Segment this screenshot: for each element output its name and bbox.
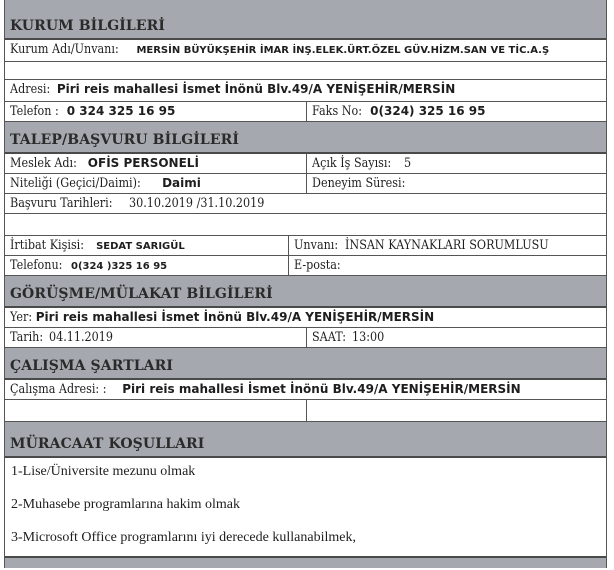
field-label: Açık İş Sayısı: xyxy=(312,154,391,173)
field-label: Faks No: xyxy=(312,102,362,121)
faks-value: 0(324) 325 16 95 xyxy=(370,104,485,118)
field-label: Kurum Adı/Unvanı: xyxy=(10,40,119,59)
section-header-gorusme: GÖRÜŞME/MÜLAKAT BİLGİLERİ xyxy=(5,276,606,308)
empty-split-row xyxy=(5,400,606,422)
telefon-value: 0 324 325 16 95 xyxy=(67,104,176,118)
field-label: Niteliği (Geçici/Daimi): xyxy=(10,174,141,193)
yer-row: Yer: Piri reis mahallesi İsmet İnönü Blv… xyxy=(5,308,606,328)
field-label: Telefon : xyxy=(10,102,59,121)
section-header-talep: TALEP/BAŞVURU BİLGİLERİ xyxy=(5,122,606,154)
niteligi-row: Niteliği (Geçici/Daimi): Daimi Deneyim S… xyxy=(5,174,606,194)
condition-item: 1-Lise/Üniversite mezunu olmak xyxy=(5,458,606,491)
telefon-faks-row: Telefon : 0 324 325 16 95 Faks No: 0(324… xyxy=(5,102,606,122)
yer-value: Piri reis mahallesi İsmet İnönü Blv.49/A… xyxy=(36,310,434,324)
job-posting-form: KURUM BİLGİLERİ Kurum Adı/Unvanı: MERSİN… xyxy=(4,0,607,568)
field-label: Unvanı: xyxy=(294,236,338,255)
section-header-kurum: KURUM BİLGİLERİ xyxy=(5,0,606,40)
irtibat-row: İrtibat Kişisi: SEDAT SARIGÜL Unvanı: İN… xyxy=(5,236,606,256)
empty-row xyxy=(5,62,606,80)
field-label: E-posta: xyxy=(294,256,341,275)
condition-item: 3-Microsoft Office programlarını iyi der… xyxy=(5,524,606,558)
saat-value: 13:00 xyxy=(352,328,384,347)
section-title: GÖRÜŞME/MÜLAKAT BİLGİLERİ xyxy=(10,286,273,302)
kurum-adi-value: MERSİN BÜYÜKŞEHİR İMAR İNŞ.ELEK.ÜRT.ÖZEL… xyxy=(136,45,549,56)
irtibat-value: SEDAT SARIGÜL xyxy=(96,241,185,252)
section-header-muracaat: MÜRACAAT KOŞULLARI xyxy=(5,422,606,458)
field-label: Adresi: xyxy=(10,80,50,99)
field-label: Telefonu: xyxy=(10,256,62,275)
basvuru-row: Başvuru Tarihleri: 30.10.2019 /31.10.201… xyxy=(5,194,606,214)
section-title: ÇALIŞMA ŞARTLARI xyxy=(10,358,173,374)
field-label: Çalışma Adresi: : xyxy=(10,380,107,399)
section-header-next xyxy=(5,558,606,568)
meslek-value: OFİS PERSONELİ xyxy=(88,156,199,170)
niteligi-value: Daimi xyxy=(162,176,201,190)
field-label: İrtibat Kişisi: xyxy=(10,236,84,255)
unvani-value: İNSAN KAYNAKLARI SORUMLUSU xyxy=(345,236,549,255)
tarih-value: 04.11.2019 xyxy=(49,328,113,347)
meslek-row: Meslek Adı: OFİS PERSONELİ Açık İş Sayıs… xyxy=(5,154,606,174)
field-label: Tarih: xyxy=(10,328,43,347)
section-title: MÜRACAAT KOŞULLARI xyxy=(10,436,204,452)
tarih-saat-row: Tarih:04.11.2019 SAAT:13:00 xyxy=(5,328,606,348)
section-title: KURUM BİLGİLERİ xyxy=(10,18,165,34)
calisma-adresi-row: Çalışma Adresi: : Piri reis mahallesi İs… xyxy=(5,380,606,400)
calisma-adresi-value: Piri reis mahallesi İsmet İnönü Blv.49/A… xyxy=(122,382,520,396)
field-label: Yer: xyxy=(10,308,32,327)
field-label: SAAT: xyxy=(312,328,346,347)
telefonu-value: 0(324 )325 16 95 xyxy=(71,261,167,272)
section-header-calisma: ÇALIŞMA ŞARTLARI xyxy=(5,348,606,380)
empty-row xyxy=(5,214,606,236)
basvuru-value: 30.10.2019 /31.10.2019 xyxy=(129,194,264,213)
acik-is-value: 5 xyxy=(404,154,411,173)
adres-value: Piri reis mahallesi İsmet İnönü Blv.49/A… xyxy=(57,82,455,96)
field-label: Deneyim Süresi: xyxy=(312,174,405,193)
telefonu-row: Telefonu: 0(324 )325 16 95 E-posta: xyxy=(5,256,606,276)
field-label: Meslek Adı: xyxy=(10,154,77,173)
adres-row: Adresi: Piri reis mahallesi İsmet İnönü … xyxy=(5,80,606,102)
condition-item: 2-Muhasebe programlarına hakim olmak xyxy=(5,491,606,524)
field-label: Başvuru Tarihleri: xyxy=(10,194,112,213)
kurum-adi-row: Kurum Adı/Unvanı: MERSİN BÜYÜKŞEHİR İMAR… xyxy=(5,40,606,62)
section-title: TALEP/BAŞVURU BİLGİLERİ xyxy=(10,132,239,148)
